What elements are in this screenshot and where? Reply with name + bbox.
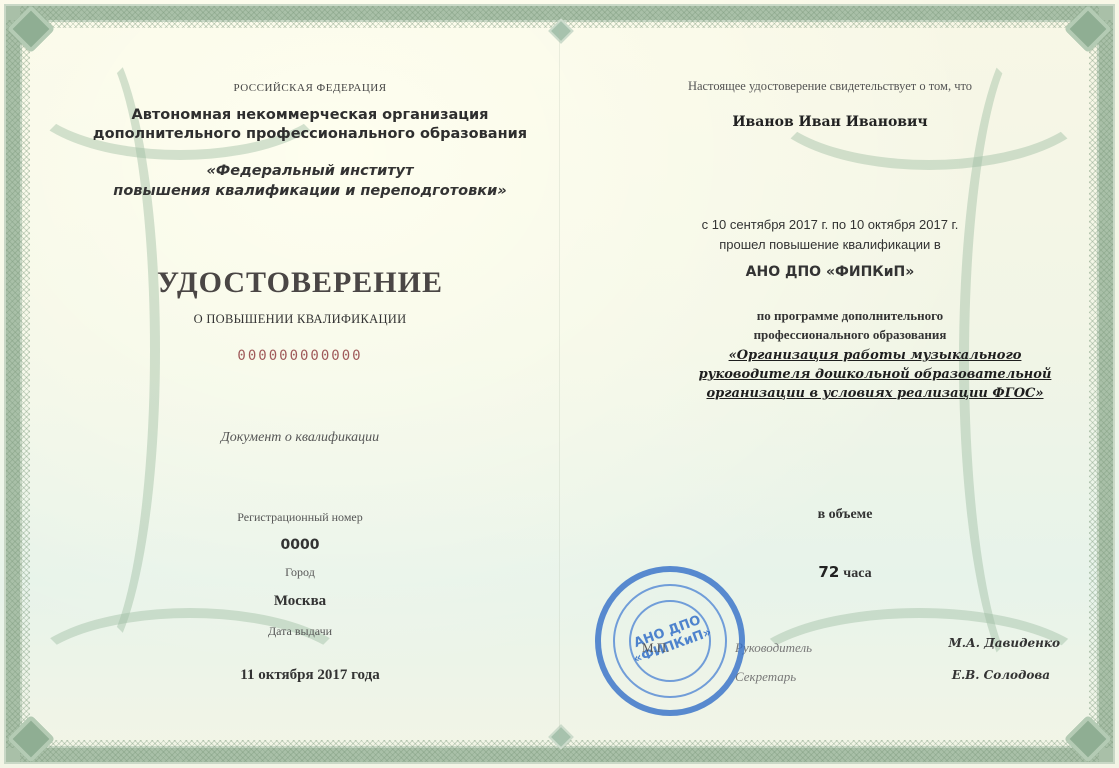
document-type-label: Документ о квалификации (100, 430, 500, 446)
registration-number-label: Регистрационный номер (150, 510, 450, 525)
certificate-intro: Настоящее удостоверение свидетельствует … (620, 79, 1040, 94)
volume-label: в объеме (720, 505, 970, 524)
signature-name-secretary: Е.В. Солодова (900, 668, 1050, 682)
document-title: УДОСТОВЕРЕНИЕ (100, 266, 500, 300)
issue-date-label: Дата выдачи (150, 624, 450, 639)
serial-number: 000000000000 (100, 348, 500, 364)
program-intro-line1: по программе дополнительного (620, 306, 1080, 325)
hours-number: 72 (818, 563, 839, 581)
program-name-line1: «Организация работы музыкального (690, 347, 1060, 365)
official-stamp: АНО ДПО «ФИПКиП» (595, 566, 745, 716)
program-name-line3: организации в условиях реализации ФГОС» (690, 385, 1060, 403)
issue-date: 11 октября 2017 года (150, 667, 470, 684)
signature-role-secretary: Секретарь (735, 669, 796, 685)
hours-volume: 72 часа (720, 563, 970, 582)
org-name-line2: дополнительного профессионального образо… (60, 125, 560, 144)
country-label: РОССИЙСКАЯ ФЕДЕРАЦИЯ (170, 82, 450, 94)
institution-name: АНО ДПО «ФИПКиП» (620, 264, 1040, 280)
stamp-place-mark: М.П. (642, 640, 669, 656)
org-name-line1: Автономная некоммерческая организация (60, 106, 560, 125)
city-label: Город (150, 565, 450, 580)
program-intro-line2: профессионального образования (620, 325, 1080, 344)
signature-role-head: Руководитель (735, 640, 812, 656)
registration-number: 0000 (150, 537, 450, 553)
completion-statement: прошел повышение квалификации в (620, 235, 1040, 255)
holder-name: Иванов Иван Иванович (620, 114, 1040, 130)
hours-unit: часа (843, 566, 871, 581)
institute-name-line2: повышения квалификации и переподготовки» (60, 181, 560, 201)
program-name-line2: руководителя дошкольной образовательной (690, 366, 1060, 384)
training-period: с 10 сентября 2017 г. по 10 октября 2017… (620, 215, 1040, 235)
city-value: Москва (150, 593, 450, 610)
institute-name-line1: «Федеральный институт (60, 161, 560, 181)
certificate-sheet: РОССИЙСКАЯ ФЕДЕРАЦИЯ Автономная некоммер… (0, 0, 1119, 768)
document-subtitle: О ПОВЫШЕНИИ КВАЛИФИКАЦИИ (100, 312, 500, 327)
signature-name-head: М.А. Давиденко (900, 636, 1060, 650)
